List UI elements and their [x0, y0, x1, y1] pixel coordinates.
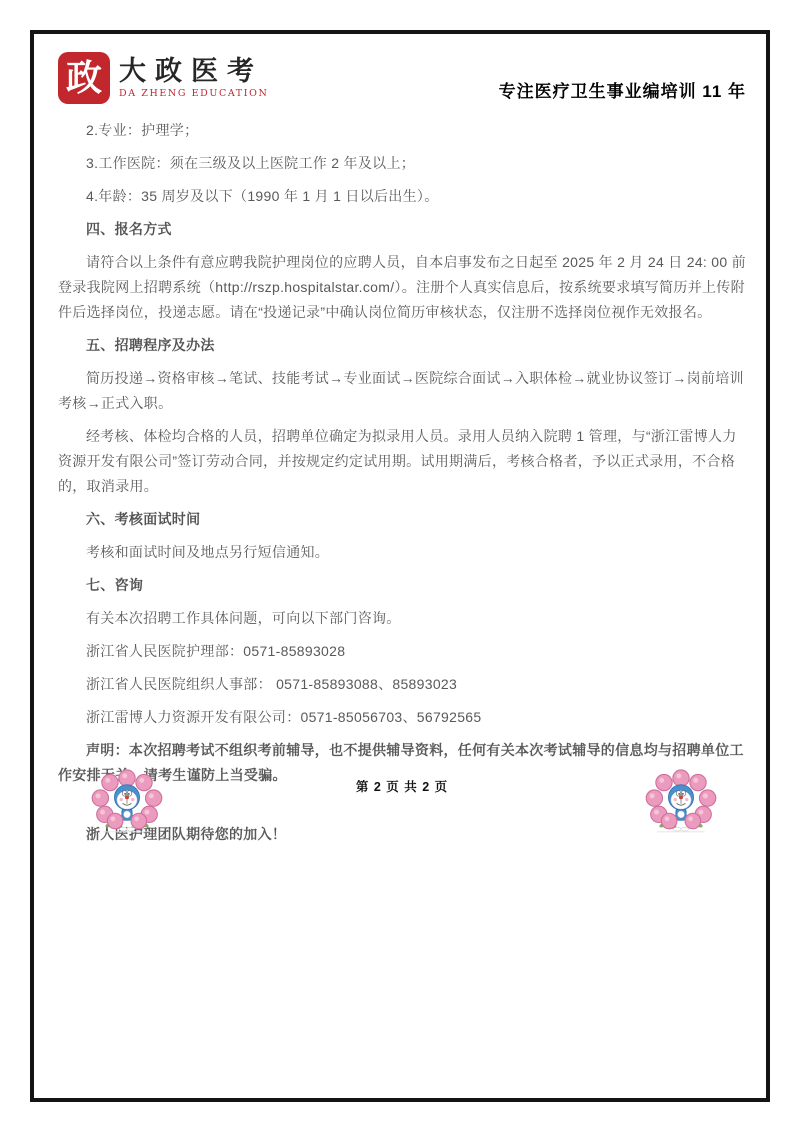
list-item-hospital: 3.工作医院：须在三级及以上医院工作 2 年及以上；: [58, 151, 746, 176]
list-item-age: 4.年龄：35 周岁及以下（1990 年 1 月 1 日以后出生）。: [58, 184, 746, 209]
page-frame: 政 大政医考 DA ZHENG EDUCATION 专注医疗卫生事业编培训 11…: [30, 30, 770, 1102]
paragraph-procedure-flow: 简历投递→资格审核→笔试、技能考试→专业面试→医院综合面试→入职体检→就业协议签…: [58, 366, 746, 416]
contact-line-hr-dept: 浙江省人民医院组织人事部： 0571-85893088、85893023: [58, 672, 746, 697]
brand-logo: 政 大政医考 DA ZHENG EDUCATION: [58, 52, 268, 104]
section-heading-registration: 四、报名方式: [58, 217, 746, 242]
brand-logo-text: 大政医考 DA ZHENG EDUCATION: [119, 57, 268, 100]
section-heading-consult: 七、咨询: [58, 573, 746, 598]
brand-logo-icon: 政: [58, 52, 110, 104]
paragraph-exam-notice: 考核和面试时间及地点另行短信通知。: [58, 540, 746, 565]
paragraph-consult-intro: 有关本次招聘工作具体问题，可向以下部门咨询。: [58, 606, 746, 631]
flower-mascot-image-left: [90, 767, 164, 841]
paragraph-employment: 经考核、体检均合格的人员，招聘单位确定为拟录用人员。录用人员纳入院聘 1 管理，…: [58, 424, 746, 499]
paragraph-registration: 请符合以上条件有意应聘我院护理岗位的应聘人员，自本启事发布之日起至 2025 年…: [58, 250, 746, 325]
list-item-major: 2.专业：护理学；: [58, 118, 746, 143]
contact-line-leibo-company: 浙江雷博人力资源开发有限公司：0571-85056703、56792565: [58, 705, 746, 730]
brand-name-en: DA ZHENG EDUCATION: [119, 88, 268, 99]
page-content: 政 大政医考 DA ZHENG EDUCATION 专注医疗卫生事业编培训 11…: [58, 52, 746, 855]
contact-line-nursing-dept: 浙江省人民医院护理部：0571-85893028: [58, 639, 746, 664]
document-body: 2.专业：护理学； 3.工作医院：须在三级及以上医院工作 2 年及以上； 4.年…: [58, 118, 746, 847]
section-heading-exam-time: 六、考核面试时间: [58, 507, 746, 532]
header-slogan: 专注医疗卫生事业编培训 11 年: [499, 77, 746, 102]
section-heading-procedure: 五、招聘程序及办法: [58, 333, 746, 358]
flower-mascot-image-right: [644, 767, 718, 841]
page-header: 政 大政医考 DA ZHENG EDUCATION 专注医疗卫生事业编培训 11…: [58, 52, 746, 104]
brand-name-cn: 大政医考: [119, 57, 268, 87]
